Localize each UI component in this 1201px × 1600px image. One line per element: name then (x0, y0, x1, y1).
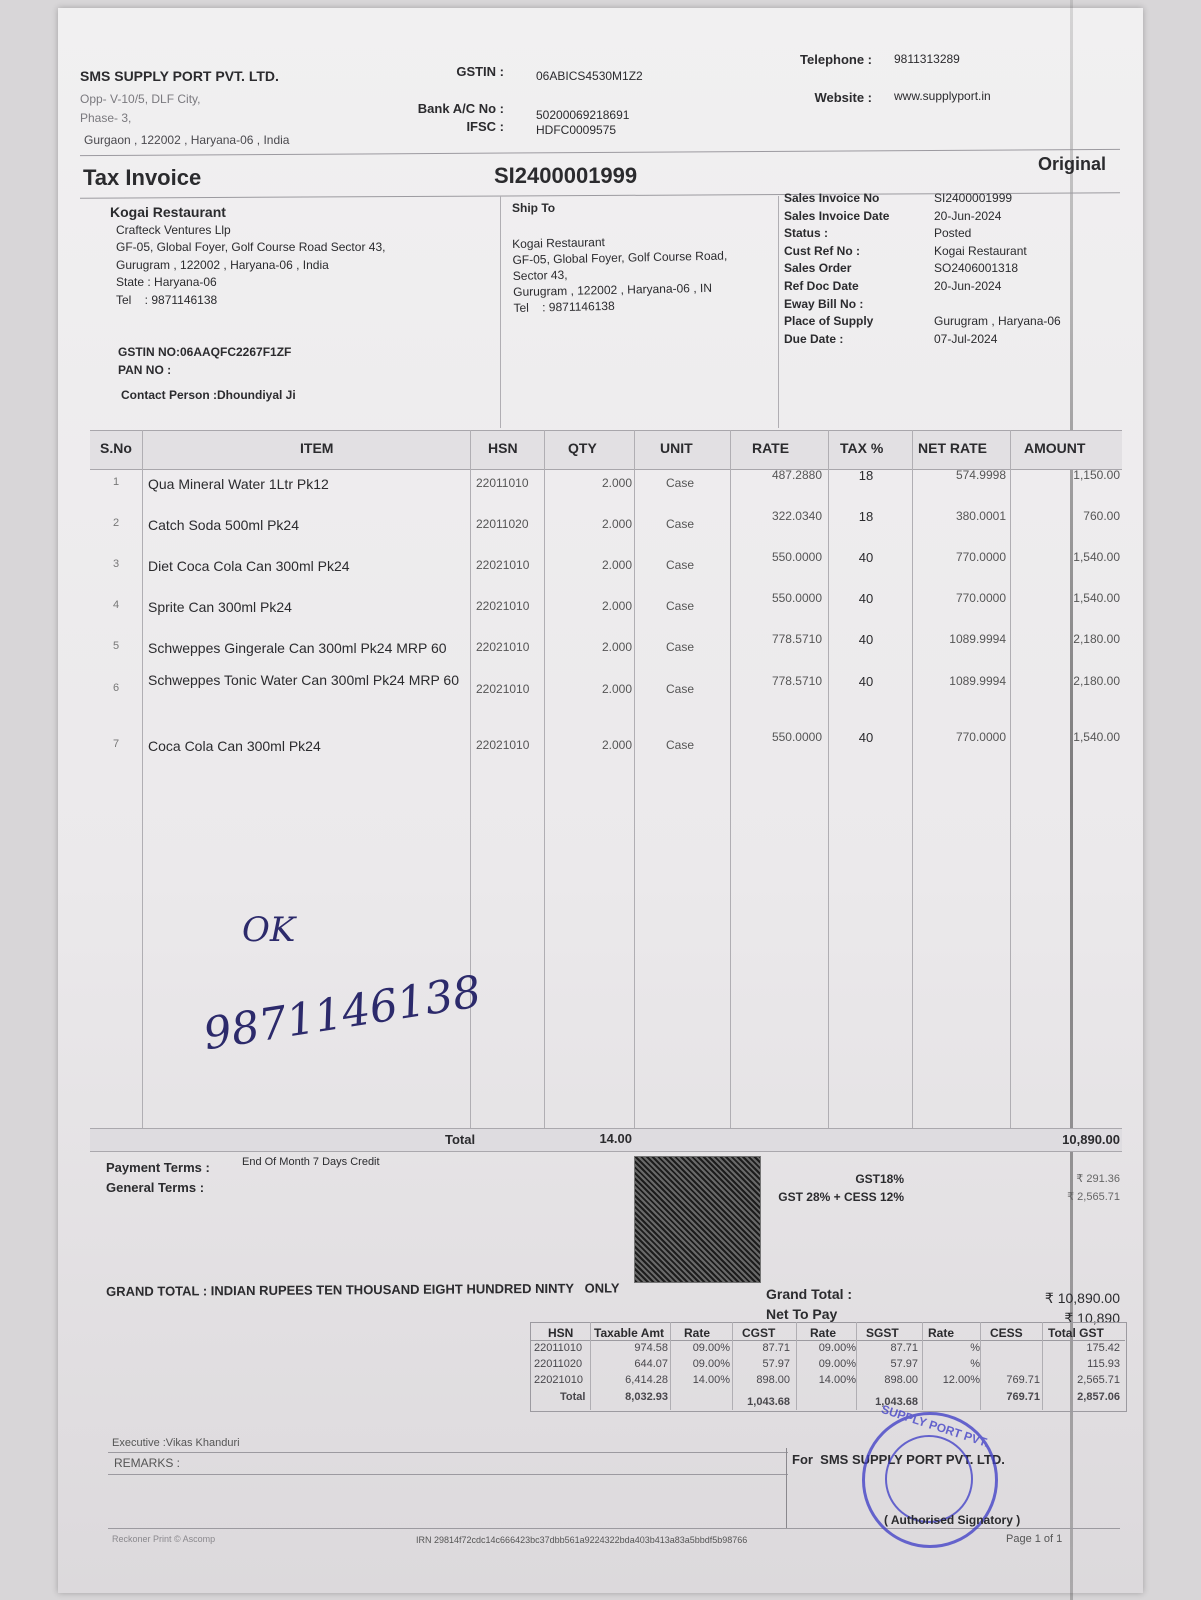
remarks-label: REMARKS : (114, 1456, 180, 1470)
item-hsn: 22021010 (476, 558, 548, 572)
item-sno: 2 (96, 517, 136, 529)
item-item: Catch Soda 500ml Pk24 (148, 517, 464, 533)
doc-title: Tax Invoice (83, 165, 201, 191)
meta-label: Ref Doc Date (784, 278, 934, 296)
item-sno: 4 (96, 599, 136, 611)
gst-total-gst: 2,857.06 (1040, 1391, 1120, 1403)
gst-total: 175.42 (1040, 1342, 1120, 1354)
gst-total-cess: 769.71 (980, 1391, 1040, 1403)
gst-sgst: 57.97 (856, 1358, 918, 1370)
bill-to-name: Kogai Restaurant (110, 204, 385, 222)
item-qty: 2.000 (550, 738, 632, 752)
meta-label: Status : (784, 225, 934, 243)
telephone-value: 9811313289 (894, 52, 960, 66)
item-amount: 2,180.00 (1010, 632, 1120, 646)
telephone-label: Telephone : (780, 52, 872, 67)
gst-total-taxable: 8,032.93 (590, 1391, 668, 1403)
item-qty: 2.000 (550, 476, 632, 490)
gst-column-divider (590, 1322, 591, 1410)
item-unit: Case (642, 558, 718, 572)
item-amount: 760.00 (1010, 509, 1120, 523)
column-divider (142, 430, 143, 1130)
ship-to-label: Ship To (512, 201, 555, 215)
bill-to-pan: PAN NO : (118, 363, 171, 377)
gst-column-header: Total GST (1048, 1326, 1104, 1340)
total-qty: 14.00 (560, 1131, 632, 1146)
tax-label-2: GST 28% + CESS 12% (740, 1190, 904, 1204)
item-amount: 2,180.00 (1010, 674, 1120, 688)
meta-label: Eway Bill No : (784, 296, 934, 314)
gst-cgst: 57.97 (730, 1358, 790, 1370)
gstin-value: 06ABICS4530M1Z2 (536, 69, 643, 83)
gst-total-cgst: 1,043.68 (730, 1396, 790, 1408)
page-number: Page 1 of 1 (1006, 1533, 1062, 1545)
meta-label: Due Date : (784, 331, 934, 349)
meta-value: Gurugram , Haryana-06 (934, 313, 1061, 331)
company-address-1: Opp- V-10/5, DLF City, (80, 92, 201, 106)
gst-column-header: Rate (810, 1326, 836, 1340)
item-qty: 2.000 (550, 517, 632, 531)
meta-row: Place of SupplyGurugram , Haryana-06 (784, 313, 1061, 331)
gst-column-divider (732, 1322, 733, 1410)
gst-column-divider (1042, 1322, 1043, 1410)
divider (500, 196, 501, 428)
gst-sgst: 898.00 (856, 1374, 918, 1386)
software-credit: Reckoner Print © Ascomp (112, 1534, 215, 1544)
gstin-label: GSTIN : (420, 64, 504, 79)
column-header: AMOUNT (1024, 440, 1085, 456)
meta-value: Kogai Restaurant (934, 243, 1027, 261)
gst-cess: 769.71 (980, 1374, 1040, 1386)
item-unit: Case (642, 640, 718, 654)
item-rate: 487.2880 (722, 468, 822, 482)
gst-rate2: 14.00% (792, 1374, 856, 1386)
item-sno: 1 (96, 476, 136, 488)
invoice-number: SI2400001999 (494, 163, 637, 189)
gst-column-header: HSN (548, 1326, 573, 1340)
bill-to-line: Gurugram , 122002 , Haryana-06 , India (110, 257, 385, 275)
gst-hsn: 22011010 (534, 1342, 590, 1354)
gst-column-divider (796, 1322, 797, 1410)
meta-value: SI2400001999 (934, 190, 1012, 208)
item-net-rate: 1089.9994 (910, 674, 1006, 688)
meta-row: Sales OrderSO2406001318 (784, 260, 1061, 278)
item-sno: 3 (96, 558, 136, 570)
item-item: Qua Mineral Water 1Ltr Pk12 (148, 476, 464, 492)
meta-value: SO2406001318 (934, 260, 1018, 278)
meta-row: Sales Invoice Date20-Jun-2024 (784, 208, 1061, 226)
item-amount: 1,150.00 (1010, 468, 1120, 482)
meta-row: Cust Ref No :Kogai Restaurant (784, 243, 1061, 261)
item-hsn: 22021010 (476, 640, 548, 654)
gst-taxable: 974.58 (590, 1342, 668, 1354)
gst-column-divider (856, 1322, 857, 1410)
item-item: Coca Cola Can 300ml Pk24 (148, 738, 464, 754)
copy-label: Original (1038, 154, 1106, 175)
gst-rate1: 09.00% (672, 1342, 730, 1354)
invoice-meta: Sales Invoice NoSI2400001999Sales Invoic… (784, 190, 1061, 348)
divider (778, 196, 779, 428)
item-amount: 1,540.00 (1010, 550, 1120, 564)
item-sno: 5 (96, 640, 136, 652)
column-divider (470, 430, 471, 1130)
item-amount: 1,540.00 (1010, 730, 1120, 744)
divider (108, 1452, 788, 1453)
gst-rate3: % (920, 1358, 980, 1370)
meta-row: Due Date :07-Jul-2024 (784, 331, 1061, 349)
qr-code (634, 1156, 761, 1283)
item-tax: 40 (826, 674, 906, 689)
gst-rate2: 09.00% (792, 1342, 856, 1354)
column-divider (544, 430, 545, 1130)
gst-rate3: 12.00% (920, 1374, 980, 1386)
company-address-2: Phase- 3, (80, 111, 131, 125)
company-address-3: Gurgaon , 122002 , Haryana-06 , India (84, 133, 289, 147)
gst-rate3: % (920, 1342, 980, 1354)
meta-label: Sales Order (784, 260, 934, 278)
gst-column-header: CGST (742, 1326, 775, 1340)
tax-value-2: ₹ 2,565.71 (1000, 1190, 1120, 1203)
bill-to-gstin: GSTIN NO:06AAQFC2267F1ZF (118, 345, 291, 359)
item-unit: Case (642, 682, 718, 696)
item-net-rate: 380.0001 (910, 509, 1006, 523)
item-hsn: 22011010 (476, 476, 548, 490)
ifsc-value: HDFC0009575 (536, 123, 616, 137)
gst-taxable: 6,414.28 (590, 1374, 668, 1386)
website-label: Website : (780, 90, 872, 105)
meta-row: Status :Posted (784, 225, 1061, 243)
bill-to-line: Tel : 9871146138 (110, 292, 385, 310)
item-hsn: 22021010 (476, 738, 548, 752)
item-item: Diet Coca Cola Can 300ml Pk24 (148, 558, 464, 574)
item-net-rate: 574.9998 (910, 468, 1006, 482)
column-divider (730, 430, 731, 1130)
bill-to-line: Crafteck Ventures Llp (110, 222, 385, 240)
column-header: HSN (488, 440, 518, 456)
meta-value: 20-Jun-2024 (934, 208, 1001, 226)
tax-label-1: GST18% (780, 1172, 904, 1186)
meta-value: 20-Jun-2024 (934, 278, 1001, 296)
gst-taxable: 644.07 (590, 1358, 668, 1370)
item-unit: Case (642, 517, 718, 531)
item-unit: Case (642, 738, 718, 752)
item-rate: 550.0000 (722, 591, 822, 605)
meta-value: Posted (934, 225, 971, 243)
item-hsn: 22021010 (476, 682, 548, 696)
column-divider (1010, 430, 1011, 1130)
executive: Executive :Vikas Khanduri (112, 1437, 240, 1449)
meta-label: Place of Supply (784, 313, 934, 331)
total-label: Total (445, 1132, 475, 1147)
item-item: Schweppes Gingerale Can 300ml Pk24 MRP 6… (148, 640, 464, 656)
item-rate: 778.5710 (722, 674, 822, 688)
item-rate: 550.0000 (722, 550, 822, 564)
bank-value: 50200069218691 (536, 108, 629, 122)
website-value: www.supplyport.in (894, 89, 991, 103)
column-divider (634, 430, 635, 1130)
column-header: S.No (100, 440, 132, 456)
gst-column-header: Rate (684, 1326, 710, 1340)
item-item: Sprite Can 300ml Pk24 (148, 599, 464, 615)
gst-total: 115.93 (1040, 1358, 1120, 1370)
handwritten-note: OK (242, 910, 295, 950)
company-name: SMS SUPPLY PORT PVT. LTD. (80, 68, 279, 84)
item-amount: 1,540.00 (1010, 591, 1120, 605)
item-item: Schweppes Tonic Water Can 300ml Pk24 MRP… (148, 672, 464, 688)
column-header: QTY (568, 440, 597, 456)
gst-column-divider (670, 1322, 671, 1410)
payment-terms-label: Payment Terms : (106, 1160, 210, 1175)
gst-rate1: 14.00% (672, 1374, 730, 1386)
column-header: ITEM (300, 440, 333, 456)
bill-to-contact: Contact Person :Dhoundiyal Ji (121, 388, 296, 402)
meta-label: Sales Invoice Date (784, 208, 934, 226)
gst-rate1: 09.00% (672, 1358, 730, 1370)
gst-column-header: CESS (990, 1326, 1023, 1340)
item-net-rate: 1089.9994 (910, 632, 1006, 646)
item-hsn: 22021010 (476, 599, 548, 613)
item-unit: Case (642, 476, 718, 490)
bill-to-line: GF-05, Global Foyer, Golf Course Road Se… (110, 239, 385, 257)
item-net-rate: 770.0000 (910, 591, 1006, 605)
item-net-rate: 770.0000 (910, 550, 1006, 564)
net-to-pay-label: Net To Pay (766, 1306, 837, 1322)
gst-header-divider (530, 1340, 1125, 1341)
column-header: NET RATE (918, 440, 987, 456)
grand-total-value: ₹ 10,890.00 (980, 1290, 1120, 1307)
bill-to-line: State : Haryana-06 (110, 274, 385, 292)
item-rate: 322.0340 (722, 509, 822, 523)
meta-label: Sales Invoice No (784, 190, 934, 208)
gst-hsn: 22011020 (534, 1358, 590, 1370)
gst-total: 2,565.71 (1040, 1374, 1120, 1386)
total-amount: 10,890.00 (1000, 1132, 1120, 1147)
meta-row: Ref Doc Date20-Jun-2024 (784, 278, 1061, 296)
gst-sgst: 87.71 (856, 1342, 918, 1354)
meta-row: Eway Bill No : (784, 296, 1061, 314)
item-tax: 40 (826, 591, 906, 606)
item-qty: 2.000 (550, 640, 632, 654)
item-tax: 18 (826, 509, 906, 524)
column-divider (912, 430, 913, 1130)
ifsc-label: IFSC : (420, 119, 504, 134)
meta-label: Cust Ref No : (784, 243, 934, 261)
item-qty: 2.000 (550, 599, 632, 613)
gst-column-header: Rate (928, 1326, 954, 1340)
gst-column-divider (922, 1322, 923, 1410)
gst-cgst: 87.71 (730, 1342, 790, 1354)
gst-column-divider (980, 1322, 981, 1410)
stamp-inner-ring (885, 1435, 973, 1523)
grand-total-label: Grand Total : (766, 1286, 852, 1302)
item-sno: 7 (96, 738, 136, 750)
item-qty: 2.000 (550, 682, 632, 696)
bank-label: Bank A/C No : (400, 101, 504, 116)
item-hsn: 22011020 (476, 517, 548, 531)
tax-value-1: ₹ 291.36 (1000, 1172, 1120, 1185)
authorised-signatory: ( Authorised Signatory ) (884, 1513, 1020, 1527)
company-stamp: SUPPLY PORT PVT. (862, 1412, 998, 1548)
item-qty: 2.000 (550, 558, 632, 572)
item-net-rate: 770.0000 (910, 730, 1006, 744)
item-tax: 18 (826, 468, 906, 483)
item-tax: 40 (826, 550, 906, 565)
meta-row: Sales Invoice NoSI2400001999 (784, 190, 1061, 208)
item-tax: 40 (826, 730, 906, 745)
divider (786, 1448, 787, 1528)
item-tax: 40 (826, 632, 906, 647)
column-header: UNIT (660, 440, 693, 456)
meta-value: 07-Jul-2024 (934, 331, 997, 349)
irn: IRN 29814f72cdc14c666423bc37dbb561a92243… (416, 1535, 747, 1545)
column-header: TAX % (840, 440, 883, 456)
column-header: RATE (752, 440, 789, 456)
ship-to-address: Kogai Restaurant GF-05, Global Foyer, Go… (512, 232, 728, 316)
gst-cgst: 898.00 (730, 1374, 790, 1386)
payment-terms-value: End Of Month 7 Days Credit (242, 1156, 380, 1168)
item-unit: Case (642, 599, 718, 613)
bill-to: Kogai Restaurant Crafteck Ventures Llp G… (110, 204, 385, 309)
gst-hsn: 22021010 (534, 1374, 590, 1386)
general-terms-label: General Terms : (106, 1180, 204, 1195)
column-divider (828, 430, 829, 1130)
gst-column-header: Taxable Amt (594, 1326, 664, 1340)
item-sno: 6 (96, 682, 136, 694)
item-rate: 550.0000 (722, 730, 822, 744)
item-rate: 778.5710 (722, 632, 822, 646)
gst-column-header: SGST (866, 1326, 899, 1340)
divider (108, 1474, 788, 1475)
gst-rate2: 09.00% (792, 1358, 856, 1370)
